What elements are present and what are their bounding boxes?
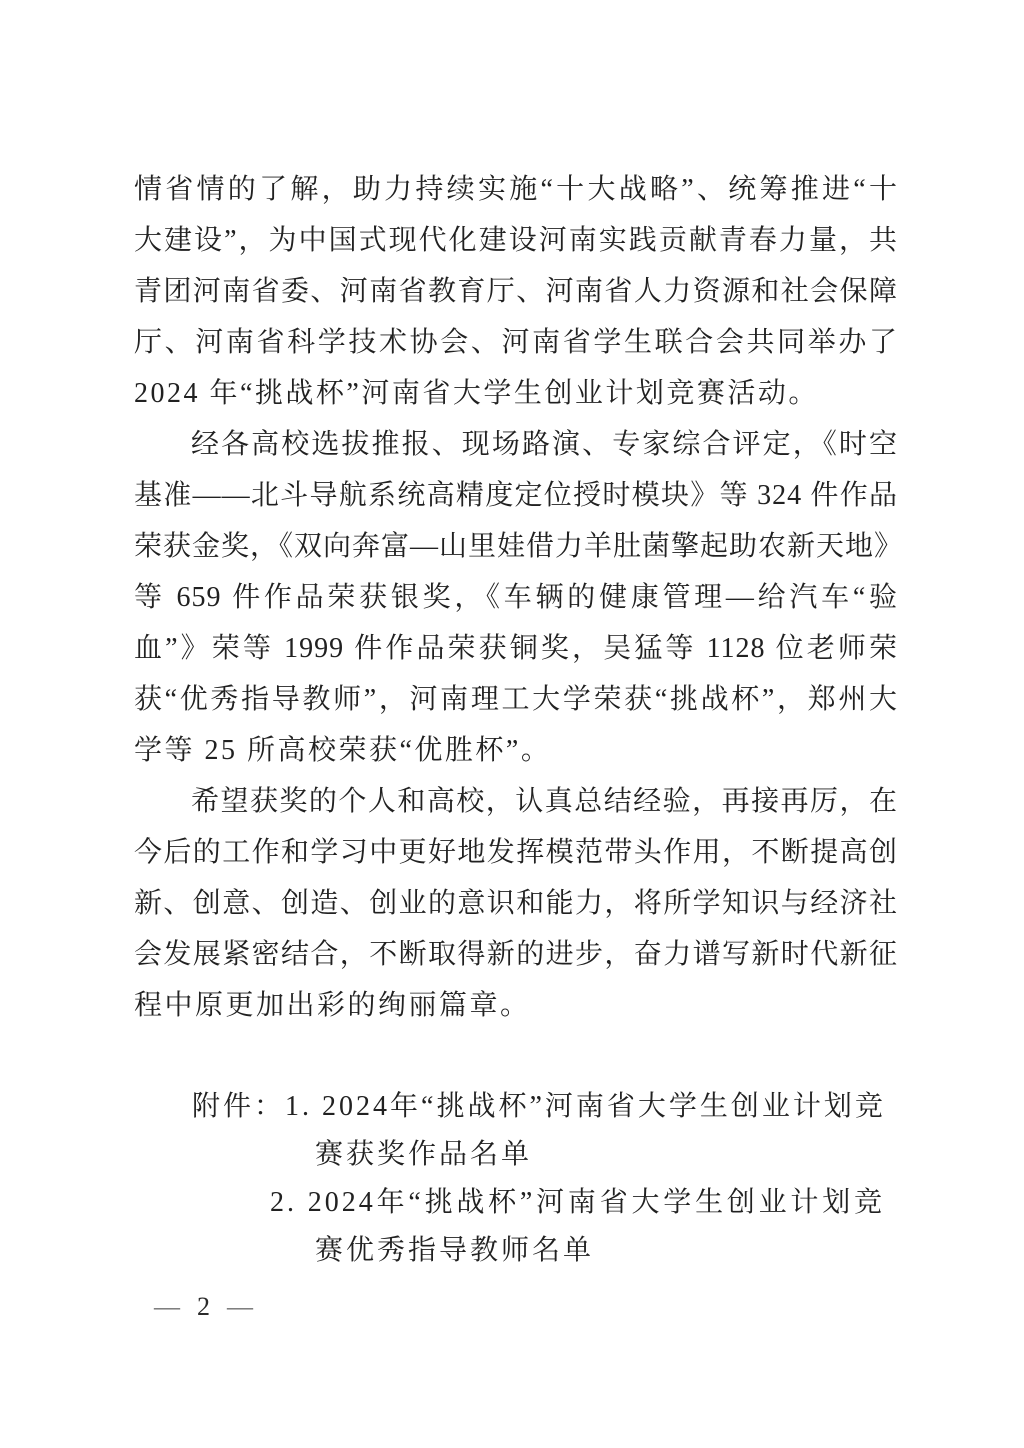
text-line: 等 659 件作品荣获银奖，《车辆的健康管理—给汽车“验 <box>134 572 898 623</box>
attachment-label: 附件： <box>192 1091 285 1122</box>
document-page: 情省情的了解，助力持续实施“十大战略”、统筹推进“十 大建设”，为中国式现代化建… <box>0 0 1024 1448</box>
text-line: 基准——北斗导航系统高精度定位授时模块》等 324 件作品 <box>134 470 898 521</box>
text-line: 青团河南省委、河南省教育厅、河南省人力资源和社会保障 <box>134 266 898 317</box>
text-line: 大建设”，为中国式现代化建设河南实践贡献青春力量，共 <box>134 215 898 266</box>
text-line: 厅、河南省科学技术协会、河南省学生联合会共同举办了 <box>134 317 898 368</box>
attachment-line: 附件：1. 2024年“挑战杯”河南省大学生创业计划竞 <box>192 1082 885 1132</box>
text-line: 新、创意、创造、创业的意识和能力，将所学知识与经济社 <box>134 878 898 929</box>
attachment-line: 2. 2024年“挑战杯”河南省大学生创业计划竞 <box>270 1178 885 1228</box>
attachment-item-text: 1. 2024年“挑战杯”河南省大学生创业计划竞 <box>285 1091 885 1122</box>
footer-dash: — <box>154 1292 180 1322</box>
attachment-line: 赛优秀指导教师名单 <box>315 1226 594 1276</box>
text-line: 情省情的了解，助力持续实施“十大战略”、统筹推进“十 <box>134 164 898 215</box>
text-line: 获“优秀指导教师”，河南理工大学荣获“挑战杯”，郑州大 <box>134 674 898 725</box>
footer-dash: — <box>227 1292 253 1322</box>
text-line: 希望获奖的个人和高校，认真总结经验，再接再厉，在 <box>134 776 898 827</box>
text-line: 血”》荣等 1999 件作品荣获铜奖，吴猛等 1128 位老师荣 <box>134 623 898 674</box>
attachment-line: 赛获奖作品名单 <box>315 1130 532 1180</box>
text-line: 学等 25 所高校荣获“优胜杯”。 <box>134 725 898 776</box>
document-body: 情省情的了解，助力持续实施“十大战略”、统筹推进“十 大建设”，为中国式现代化建… <box>134 164 898 1031</box>
page-number: 2 <box>197 1292 210 1322</box>
text-line: 荣获金奖，《双向奔富—山里娃借力羊肚菌擎起助农新天地》 <box>134 521 898 572</box>
text-line: 2024 年“挑战杯”河南省大学生创业计划竞赛活动。 <box>134 368 898 419</box>
text-line: 经各高校选拔推报、现场路演、专家综合评定，《时空 <box>134 419 898 470</box>
page-footer: — 2 — <box>154 1288 253 1326</box>
text-line: 会发展紧密结合，不断取得新的进步，奋力谱写新时代新征 <box>134 929 898 980</box>
text-line: 程中原更加出彩的绚丽篇章。 <box>134 980 898 1031</box>
text-line: 今后的工作和学习中更好地发挥模范带头作用，不断提高创 <box>134 827 898 878</box>
